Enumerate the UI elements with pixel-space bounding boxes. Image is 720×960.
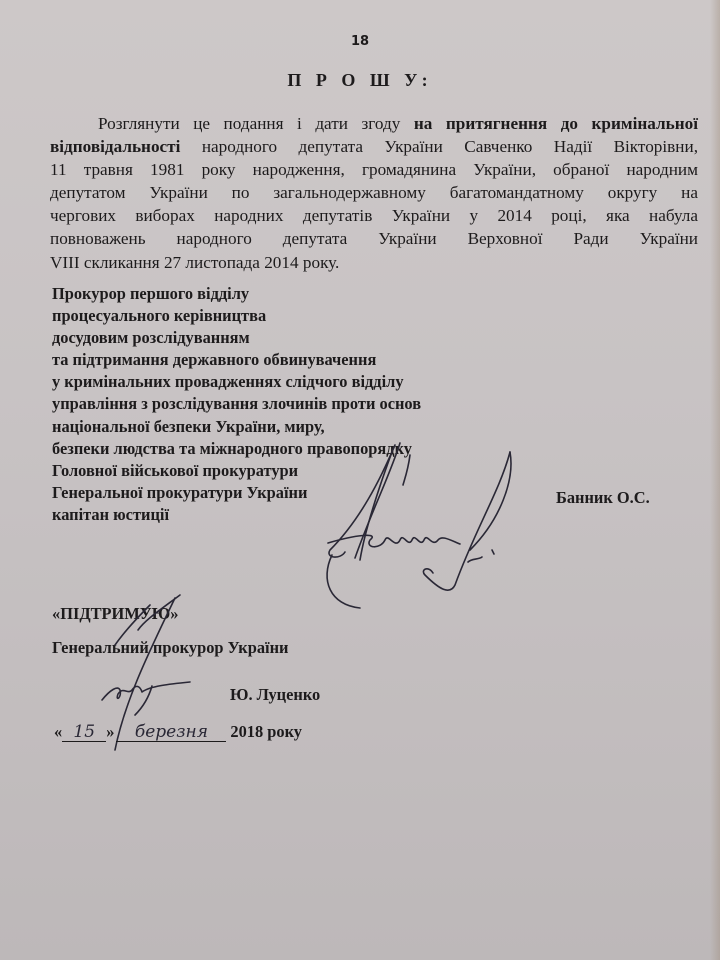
petition-line: VIII скликання 27 листопада 2014 року. [50, 251, 698, 274]
signatory-line: досудовим розслідуванням [52, 327, 421, 349]
signatory-line: національної безпеки України, миру, [52, 416, 421, 438]
signatory-line: управління з розслідування злочинів прот… [52, 393, 421, 415]
date-close-quote: » [106, 722, 114, 741]
date-year: 2018 року [230, 722, 302, 741]
document-page: 18 П Р О Ш У: Розглянути це подання і да… [0, 0, 720, 960]
petition-text: Розглянути це подання і дати згоду [98, 114, 414, 133]
petition-paragraph: Розглянути це подання і дати згоду на пр… [50, 112, 698, 274]
signatory-line: капітан юстиції [52, 504, 421, 526]
signatory-line: та підтримання державного обвинувачення [52, 349, 421, 371]
petition-line: чергових виборах народних депутатів Укра… [50, 204, 698, 227]
signatory-title-block: Прокурор першого відділу процесуального … [52, 283, 421, 526]
petition-text-bold: відповідальності [50, 137, 180, 156]
petition-text-bold: на притягнення до кримінальної [414, 114, 698, 133]
petition-line: депутатом України по загальнодержавному … [50, 181, 698, 204]
signatory-line: безпеки людства та міжнародного правопор… [52, 438, 421, 460]
signatory-line: процесуального керівництва [52, 305, 421, 327]
signatory-line: Прокурор першого відділу [52, 283, 421, 305]
document-heading: П Р О Ш У: [0, 70, 720, 91]
petition-line: повноважень народного депутата України В… [50, 227, 698, 250]
signer-name: Банник О.С. [556, 488, 650, 508]
signatory-line: Головної військової прокуратури [52, 460, 421, 482]
approval-stamp: «ПІДТРИМУЮ» [52, 604, 178, 624]
signatory-line: Генеральної прокуратури України [52, 482, 421, 504]
prosecutor-general-name: Ю. Луценко [230, 685, 320, 705]
date-month: березня [116, 723, 226, 742]
signatory-line: у кримінальних провадженнях слідчого від… [52, 371, 421, 393]
petition-line: відповідальності народного депутата Укра… [50, 135, 698, 158]
petition-line: Розглянути це подання і дати згоду на пр… [50, 112, 698, 135]
petition-text: народного депутата України Савченко Наді… [180, 137, 698, 156]
petition-line: 11 травня 1981 року народження, громадян… [50, 158, 698, 181]
page-number: 18 [0, 34, 720, 49]
prosecutor-general-title: Генеральний прокурор України [52, 638, 289, 658]
date-open-quote: « [54, 722, 62, 741]
approval-date: «15»березня2018 року [54, 722, 302, 742]
date-day: 15 [62, 723, 106, 742]
